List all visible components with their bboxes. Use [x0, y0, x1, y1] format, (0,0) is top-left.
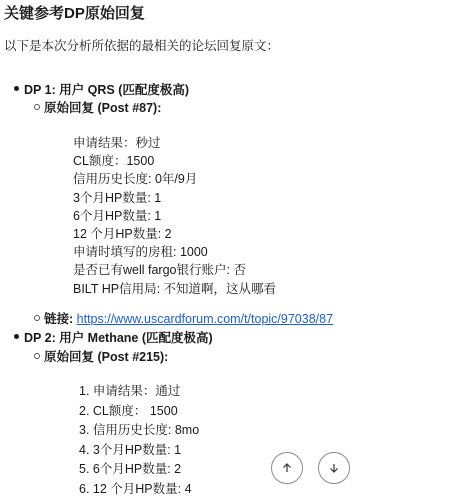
reply-line: 12 个月HP数量: 2 — [73, 225, 276, 243]
reply-line: 6个月HP数量: 1 — [73, 207, 276, 225]
list-item: 4. 3个月HP数量: 1 — [79, 441, 199, 461]
dp1-link[interactable]: https://www.uscardforum.com/t/topic/9703… — [77, 312, 333, 326]
dp2-reply-label: 原始回复 (Post #215): — [44, 347, 168, 365]
dp1-reply-label: 原始回复 (Post #87): — [44, 98, 161, 116]
reply-line: 申请时填写的房租: 1000 — [73, 243, 276, 261]
reply-line: 3个月HP数量: 1 — [73, 189, 276, 207]
reply-line: 信用历史长度: 0年/9月 — [73, 170, 276, 188]
section-title: 关键参考DP原始回复 — [4, 2, 145, 23]
dp1-heading: DP 1: 用户 QRS (匹配度极高) — [24, 80, 189, 98]
list-item: 6. 12 个月HP数量: 4 — [79, 480, 199, 500]
dp2-heading: DP 2: 用户 Methane (匹配度极高) — [24, 328, 213, 346]
scroll-up-button[interactable] — [271, 452, 303, 484]
dp2-reply-list: 1. 申请结果：通过 2. CL额度： 1500 3. 信用历史长度: 8mo … — [79, 382, 199, 500]
bullet-icon — [14, 334, 19, 339]
dp1-reply-content: 申请结果：秒过 CL额度：1500 信用历史长度: 0年/9月 3个月HP数量:… — [73, 134, 276, 298]
bullet-icon — [14, 86, 19, 91]
sub-bullet-icon — [34, 315, 40, 321]
intro-text: 以下是本次分析所依据的最相关的论坛回复原文： — [4, 36, 279, 54]
dp1-link-row: 链接: https://www.uscardforum.com/t/topic/… — [44, 309, 333, 327]
list-item: 5. 6个月HP数量: 2 — [79, 460, 199, 480]
sub-bullet-icon — [34, 353, 40, 359]
reply-line: 申请结果：秒过 — [73, 134, 276, 152]
reply-line: 是否已有well fargo银行账户: 否 — [73, 261, 276, 279]
list-item: 2. CL额度： 1500 — [79, 402, 199, 422]
list-item: 3. 信用历史长度: 8mo — [79, 421, 199, 441]
link-label: 链接: — [44, 312, 73, 326]
arrow-down-icon — [328, 462, 340, 474]
reply-line: BILT HP信用局: 不知道啊，这从哪看 — [73, 280, 276, 298]
arrow-up-icon — [281, 462, 293, 474]
scroll-down-button[interactable] — [318, 452, 350, 484]
list-item: 1. 申请结果：通过 — [79, 382, 199, 402]
sub-bullet-icon — [34, 104, 40, 110]
reply-line: CL额度：1500 — [73, 152, 276, 170]
